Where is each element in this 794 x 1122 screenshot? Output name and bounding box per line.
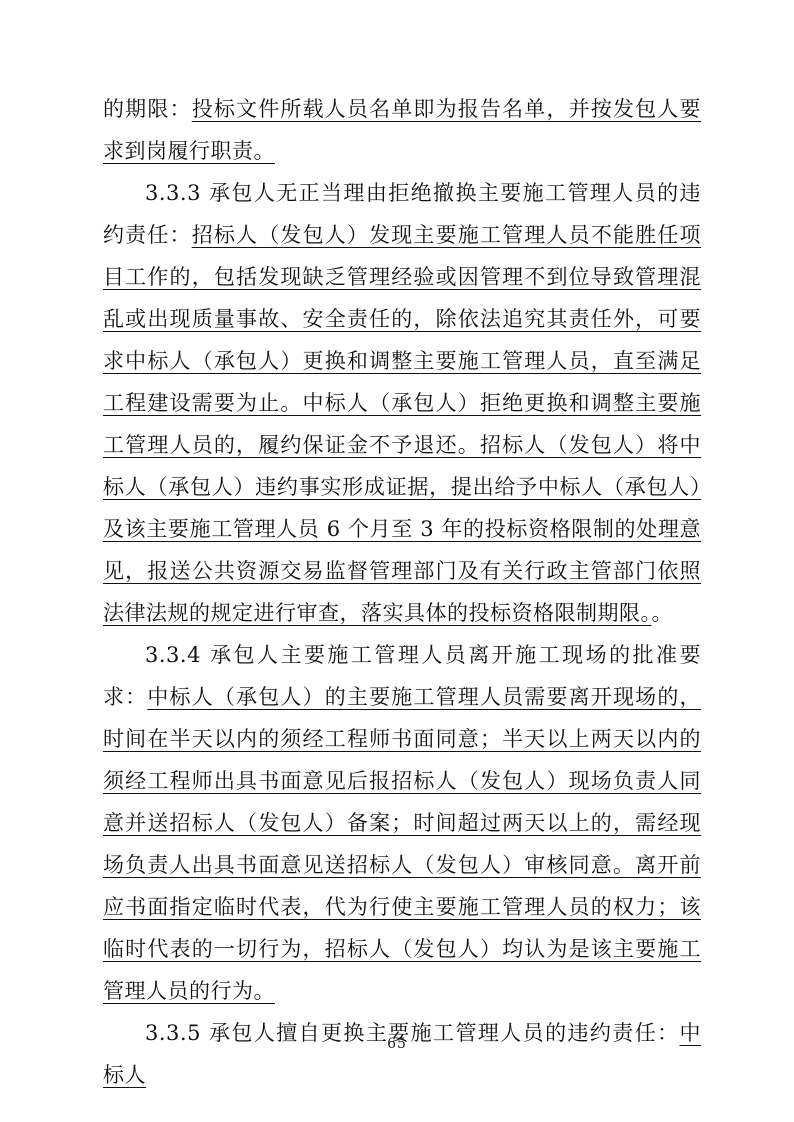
- underlined-text-segment: 招标人（发包人）发现主要施工管理人员不能胜任项目工作的，包括发现缺乏管理经验或因…: [103, 223, 701, 625]
- paragraph-clause-3-3-3: 3.3.3 承包人无正当理由拒绝撤换主要施工管理人员的违约责任：招标人（发包人）…: [103, 172, 701, 634]
- text-segment: 。: [652, 601, 674, 625]
- document-body: 的期限：投标文件所载人员名单即为报告名单，并按发包人要求到岗履行职责。 3.3.…: [103, 88, 701, 1096]
- underlined-text-segment: 投标文件所载人员名单即为报告名单，并按发包人要求到岗履行职责。: [103, 97, 701, 163]
- page-number: 65: [0, 1036, 794, 1052]
- paragraph-clause-3-3-5: 3.3.5 承包人擅自更换主要施工管理人员的违约责任：中标人: [103, 1012, 701, 1096]
- document-page: 的期限：投标文件所载人员名单即为报告名单，并按发包人要求到岗履行职责。 3.3.…: [0, 0, 794, 1122]
- underlined-text-segment: 中标人（承包人）的主要施工管理人员需要离开现场的，时间在半天以内的须经工程师书面…: [103, 685, 701, 1003]
- text-segment: 的期限：: [103, 97, 192, 121]
- paragraph-clause-3-3-4: 3.3.4 承包人主要施工管理人员离开施工现场的批准要求：中标人（承包人）的主要…: [103, 634, 701, 1012]
- paragraph-continuation: 的期限：投标文件所载人员名单即为报告名单，并按发包人要求到岗履行职责。: [103, 88, 701, 172]
